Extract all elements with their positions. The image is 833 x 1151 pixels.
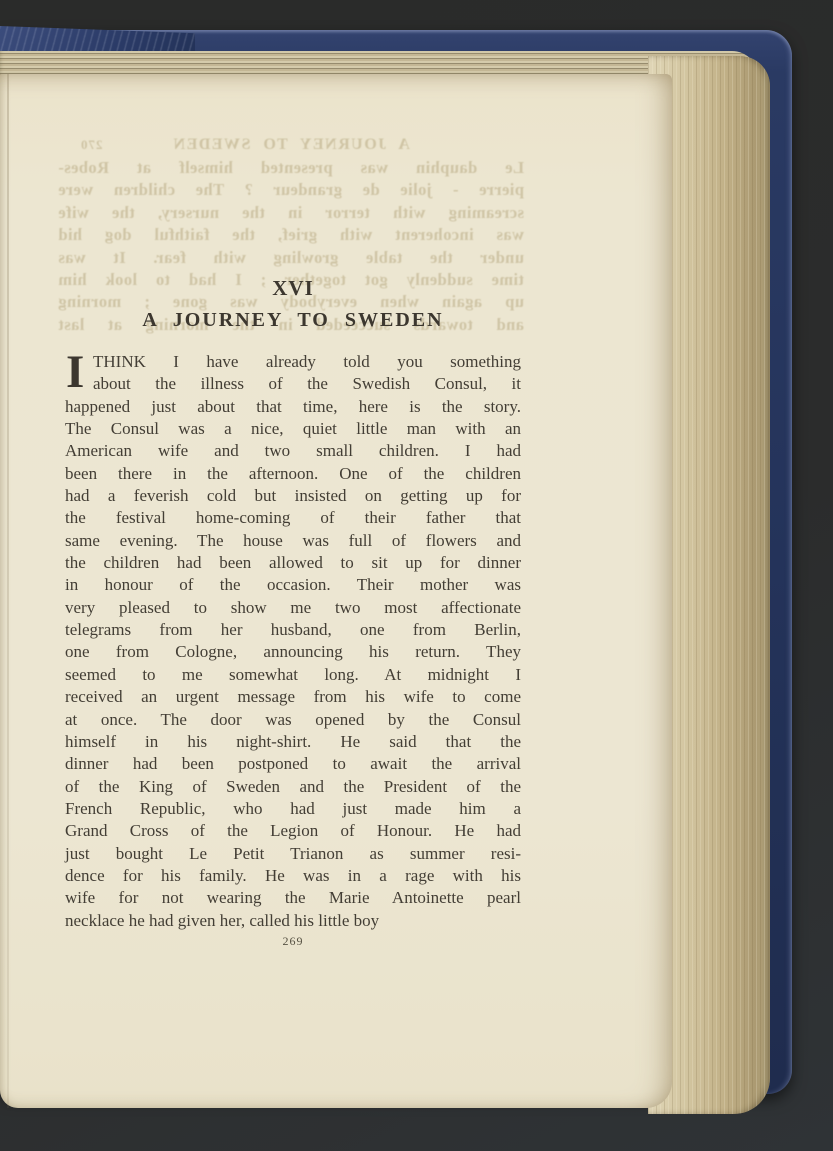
body-line: wife for not wearing the Marie Antoinett… [65, 887, 521, 909]
body-line: same evening. The house was full of flow… [65, 530, 521, 552]
page-crease [7, 74, 9, 1108]
page-number: 269 [65, 934, 521, 949]
book-page: A JOURNEY TO SWEDEN 270 Le dauphin was p… [0, 74, 672, 1108]
ghost-page-number: 270 [80, 137, 103, 153]
book-photo: A JOURNEY TO SWEDEN 270 Le dauphin was p… [0, 0, 833, 1151]
body-line: Grand Cross of the Legion of Honour. He … [65, 820, 521, 842]
show-through-text: A JOURNEY TO SWEDEN 270 Le dauphin was p… [58, 136, 524, 337]
chapter-title: A JOURNEY TO SWEDEN [65, 309, 521, 332]
body-line: just bought Le Petit Trianon as summer r… [65, 843, 521, 865]
body-line: French Republic, who had just made him a [65, 798, 521, 820]
body-text: THINK I have already told you something … [65, 351, 521, 932]
body-line: at once. The door was opened by the Cons… [65, 709, 521, 731]
ghost-line: pierre - jolie de grandeur ? The childre… [58, 180, 524, 202]
ghost-line: screaming with terror in the nursery, th… [58, 203, 524, 225]
body-line: had a feverish cold but insisted on gett… [65, 485, 521, 507]
ghost-running-header: A JOURNEY TO SWEDEN 270 [58, 136, 524, 158]
body-line: himself in his night-shirt. He said that… [65, 731, 521, 753]
body-line: dence for his family. He was in a rage w… [65, 865, 521, 887]
body-line: necklace he had given her, called his li… [65, 910, 521, 932]
body-line: been there in the afternoon. One of the … [65, 463, 521, 485]
ghost-line: under the table growling with fear. It w… [58, 248, 524, 270]
body-line: dinner had been postponed to await the a… [65, 753, 521, 775]
chapter-number: XVI [65, 276, 521, 301]
body-line: in honour of the occasion. Their mother … [65, 574, 521, 596]
body-line: of the King of Sweden and the President … [65, 776, 521, 798]
body-line: received an urgent message from his wife… [65, 686, 521, 708]
body-line: THINK I have already told you something [65, 351, 521, 373]
body-line: one from Cologne, announcing his return.… [65, 641, 521, 663]
body-line: the children had been allowed to sit up … [65, 552, 521, 574]
body-line: very pleased to show me two most affecti… [65, 597, 521, 619]
ghost-line: Le dauphin was presented himself at Robe… [58, 158, 524, 180]
body-line: about the illness of the Swedish Consul,… [65, 373, 521, 395]
body-line: American wife and two small children. I … [65, 440, 521, 462]
body-line: telegrams from her husband, one from Ber… [65, 619, 521, 641]
body-line: The Consul was a nice, quiet little man … [65, 418, 521, 440]
body-line: seemed to me somewhat long. At midnight … [65, 664, 521, 686]
body-line: the festival home-coming of their father… [65, 507, 521, 529]
ghost-line: was incoherent with grief, the faithful … [58, 225, 524, 247]
body-line: happened just about that time, here is t… [65, 396, 521, 418]
